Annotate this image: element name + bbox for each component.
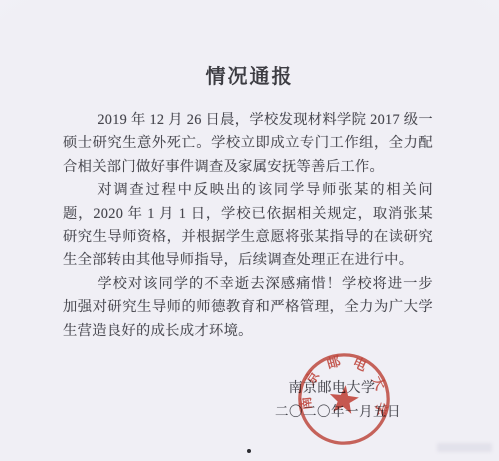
notice-title: 情况通报 (0, 60, 499, 89)
seal-ring-text: 南京邮电大学 (295, 347, 396, 422)
paragraph-condolence: 学校对该同学的不幸逝去深感痛惜！学校将进一步加强对研究生导师的师德教育和严格管理… (63, 273, 433, 343)
faint-watermark (437, 443, 492, 452)
notice-body: 2019 年 12 月 26 日晨，学校发现材料学院 2017 级一硕士研究生意… (63, 109, 433, 343)
svg-text:南京邮电大学: 南京邮电大学 (295, 347, 396, 422)
star-icon (328, 383, 360, 414)
paragraph-incident: 2019 年 12 月 26 日晨，学校发现材料学院 2017 级一硕士研究生意… (63, 109, 433, 179)
paragraph-investigation: 对调查过程中反映出的该同学导师张某的相关问题，2020 年 1 月 1 日，学校… (63, 179, 433, 273)
scanned-notice-page: 情况通报 2019 年 12 月 26 日晨，学校发现材料学院 2017 级一硕… (0, 0, 499, 461)
official-seal-stamp: 南京邮电大学 (291, 346, 398, 453)
ink-dot (247, 449, 251, 453)
